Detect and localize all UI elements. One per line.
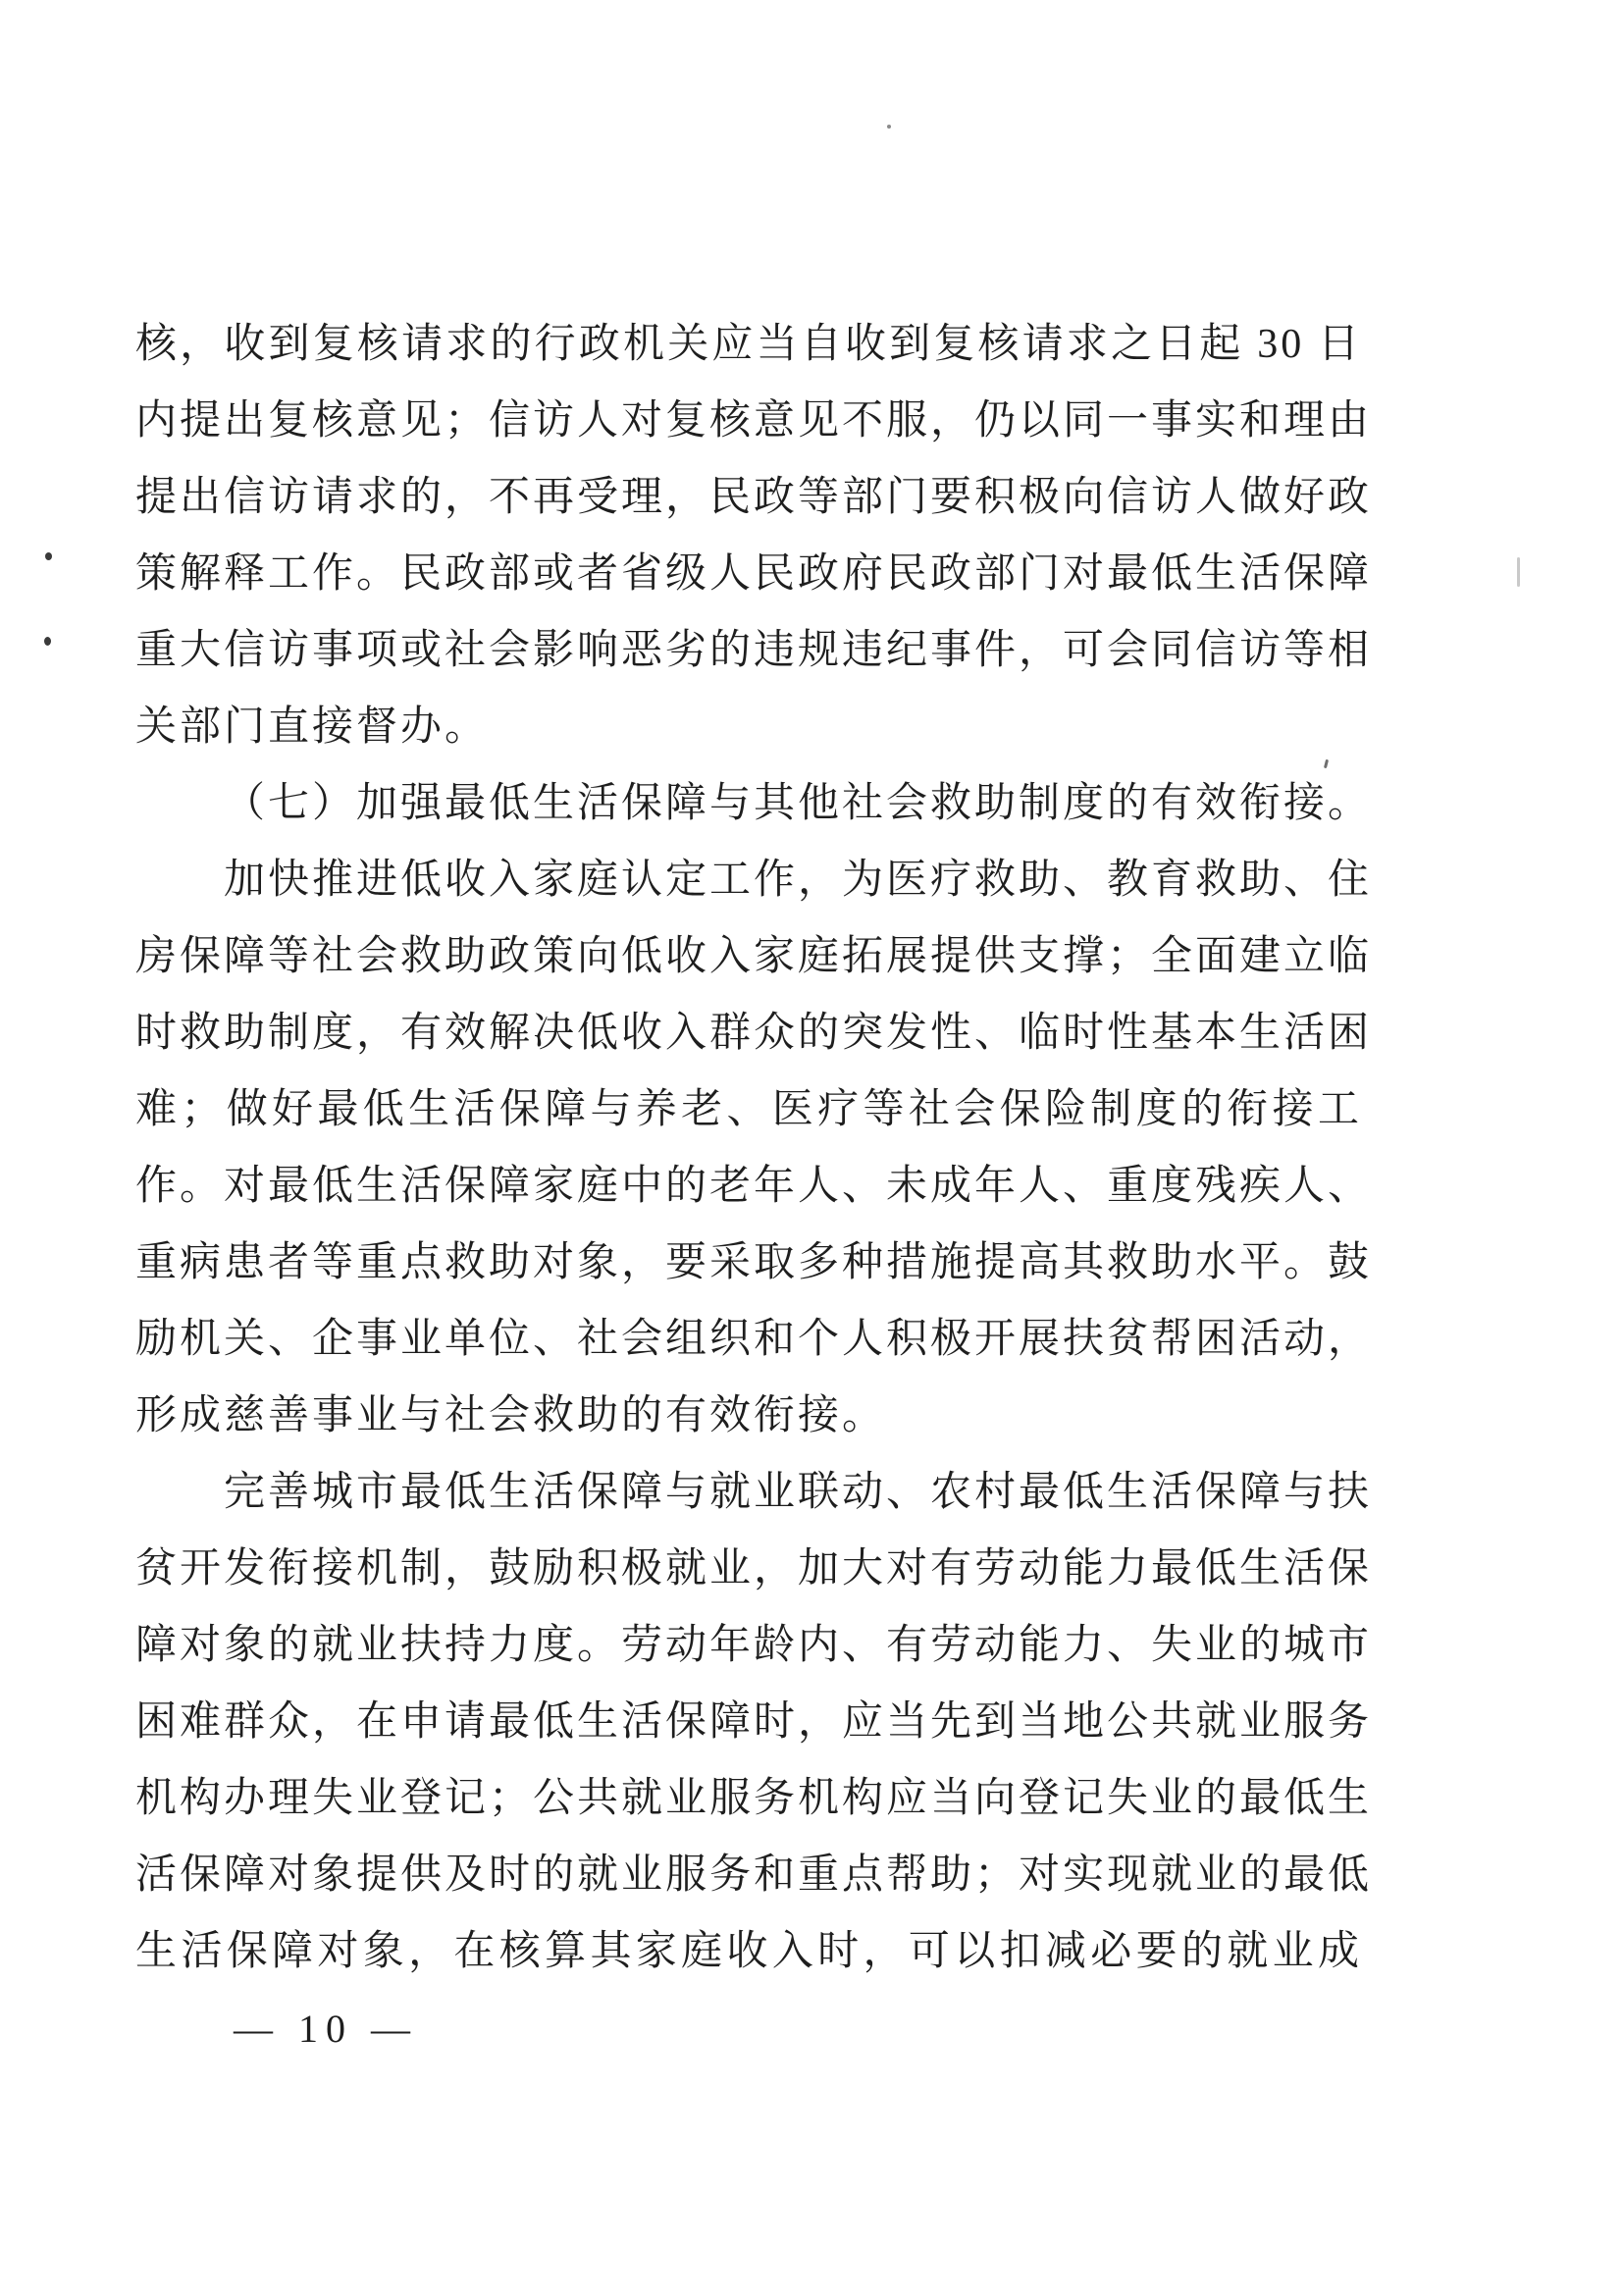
text-line: 完善城市最低生活保障与就业联动、农村最低生活保障与扶 <box>135 1454 1362 1531</box>
text-line: 作。对最低生活保障家庭中的老年人、未成年人、重度残疾人、 <box>135 1148 1362 1225</box>
text-line: 形成慈善事业与社会救助的有效衔接。 <box>135 1378 1362 1454</box>
scan-speck <box>887 125 891 129</box>
scanned-document-page: 核，收到复核请求的行政机关应当自收到复核请求之日起 30 日 内提出复核意见；信… <box>0 0 1623 2296</box>
text-line: 提出信访请求的，不再受理，民政等部门要积极向信访人做好政 <box>135 459 1362 536</box>
text-line: 重大信访事项或社会影响恶劣的违规违纪事件，可会同信访等相 <box>135 612 1362 689</box>
text-line: 困难群众，在申请最低生活保障时，应当先到当地公共就业服务 <box>135 1684 1362 1760</box>
text-line: 内提出复核意见；信访人对复核意见不服，仍以同一事实和理由 <box>135 383 1362 459</box>
text-line: 关部门直接督办。 <box>135 689 1362 765</box>
text-line: 贫开发衔接机制，鼓励积极就业，加大对有劳动能力最低生活保 <box>135 1531 1362 1607</box>
text-line: 活保障对象提供及时的就业服务和重点帮助；对实现就业的最低 <box>135 1837 1362 1913</box>
text-line: 房保障等社会救助政策向低收入家庭拓展提供支撑；全面建立临 <box>135 918 1362 995</box>
page-number: — 10 — <box>234 2002 418 2057</box>
text-line: 励机关、企事业单位、社会组织和个人积极开展扶贫帮困活动， <box>135 1301 1362 1378</box>
section-heading: （七）加强最低生活保障与其他社会救助制度的有效衔接。 <box>135 765 1362 842</box>
text-line: 策解释工作。民政部或者省级人民政府民政部门对最低生活保障 <box>135 536 1362 612</box>
text-line: 机构办理失业登记；公共就业服务机构应当向登记失业的最低生 <box>135 1760 1362 1837</box>
scan-speck <box>45 552 52 560</box>
text-line: 重病患者等重点救助对象，要采取多种措施提高其救助水平。鼓 <box>135 1225 1362 1301</box>
text-line: 时救助制度，有效解决低收入群众的突发性、临时性基本生活困 <box>135 995 1362 1071</box>
text-line: 障对象的就业扶持力度。劳动年龄内、有劳动能力、失业的城市 <box>135 1607 1362 1684</box>
text-line: 加快推进低收入家庭认定工作，为医疗救助、教育救助、住 <box>135 842 1362 918</box>
scan-speck <box>1517 557 1520 587</box>
scan-speck <box>44 637 51 646</box>
text-line: 核，收到复核请求的行政机关应当自收到复核请求之日起 30 日 <box>135 306 1362 383</box>
document-body: 核，收到复核请求的行政机关应当自收到复核请求之日起 30 日 内提出复核意见；信… <box>135 306 1362 1990</box>
text-line: 生活保障对象，在核算其家庭收入时，可以扣减必要的就业成 <box>135 1913 1362 1990</box>
text-line: 难；做好最低生活保障与养老、医疗等社会保险制度的衔接工 <box>135 1071 1362 1148</box>
